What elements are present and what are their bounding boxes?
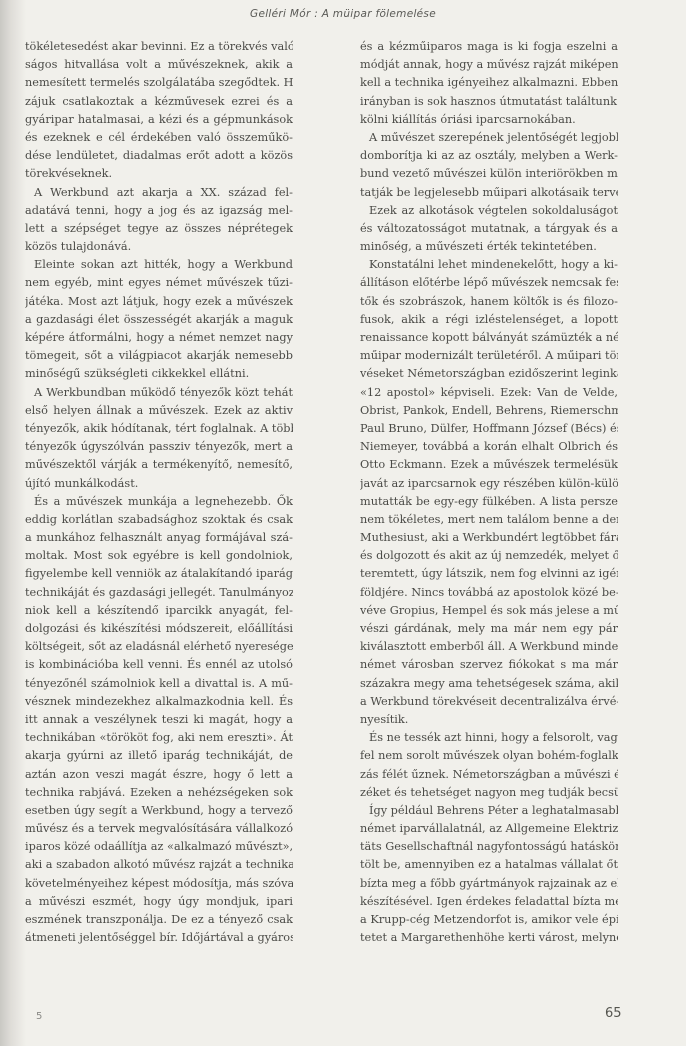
text-line: adatává tenni, hogy a jog és az igazság … [25,202,293,220]
text-line: művész és a tervek megvalósítására válla… [25,820,293,838]
text-line: tényezők, akik hódítanak, tért foglalnak… [25,420,293,438]
text-line: a művészi eszmét, hogy úgy mondjuk, ipar… [25,893,293,911]
text-line: aztán azon veszi magát észre, hogy ő let… [25,766,293,784]
text-line: tömegeit, sőt a világpiacot akarják neme… [25,347,293,365]
text-line: gyáripar hatalmasai, a kézi és a gépmunk… [25,111,293,129]
text-line: A Werkbund azt akarja a XX. század fel- [25,184,293,202]
text-line: vésznek mindezekhez alkalmazkodnia kell.… [25,693,293,711]
text-line: mutatták be egy-egy fülkében. A lista pe… [360,493,618,511]
text-line: Így például Behrens Péter a leghatalmasa… [360,802,618,820]
text-line: költségeit, sőt az eladásnál elérhető ny… [25,638,293,656]
text-line: közös tulajdonává. [25,238,293,256]
text-line: véve Gropius, Hempel és sok más jelese a… [360,602,618,620]
text-line: Obrist, Pankok, Endell, Behrens, Riemers… [360,402,618,420]
text-line: készítésével. Igen érdekes feladattal bí… [360,893,618,911]
text-line: a gazdasági élet összességét akarják a m… [25,311,293,329]
text-line: niok kell a készítendő iparcikk anyagát,… [25,602,293,620]
text-line: Paul Bruno, Dülfer, Hoffmann József (Béc… [360,420,618,438]
text-line: nem tökéletes, mert nem találom benne a … [360,511,618,529]
text-line: akarja gyúrni az illető iparág technikáj… [25,747,293,765]
text-line: fel nem sorolt művészek olyan bohém-fogl… [360,747,618,765]
text-line: technikáját és gazdasági jellegét. Tanul… [25,584,293,602]
text-line: első helyen állnak a művészek. Ezek az a… [25,402,293,420]
text-line: vészi gárdának, mely ma már nem egy pár [360,620,618,638]
text-line: «12 apostol» képviseli. Ezek: Van de Vel… [360,384,618,402]
signature-mark: 5 [36,1011,42,1022]
text-line: földjére. Nincs továbbá az apostolok köz… [360,584,618,602]
text-line: és változatosságot mutatnak, a tárgyak é… [360,220,618,238]
text-line: lett a szépséget tegye az összes népréte… [25,220,293,238]
text-line: újító munkálkodást. [25,475,293,493]
text-line: dolgozási és kikészítési módszereit, elő… [25,620,293,638]
text-line: tetet a Margarethenhöhe kerti várost, me… [360,929,618,947]
text-line: német városban szervez fiókokat s ma már [360,656,618,674]
text-line: nyesítik. [360,711,618,729]
text-line: a munkához felhasznált anyag formájával … [25,529,293,547]
text-line: tölt be, amennyiben ez a hatalmas vállal… [360,856,618,874]
page-gutter-shadow [0,0,26,1046]
text-line: tők és szobrászok, hanem költők is és fi… [360,293,618,311]
text-line: kölni kiállítás óriási iparcsarnokában. [360,111,618,129]
text-line: iparos közé odaállítja az «alkalmazó műv… [25,838,293,856]
text-line: művészektől várják a termékenyítő, nemes… [25,456,293,474]
text-line: tényezőnél számolniok kell a divattal is… [25,675,293,693]
text-line: eszmének transzponálja. De ez a tényező … [25,911,293,929]
text-line: A Werkbundban működő tényezők közt tehát [25,384,293,402]
text-line: ságos hitvallása volt a művészeknek, aki… [25,56,293,74]
right-column: és a kézműiparos maga is ki fogja eszeln… [360,38,618,947]
text-line: állításon előtérbe lépő művészek nemcsak… [360,274,618,292]
text-line: tökéletesedést akar bevinni. Ez a törekv… [25,38,293,56]
text-line: Otto Eckmann. Ezek a művészek termelésük [360,456,618,474]
text-line: A művészet szerepének jelentőségét legjo… [360,129,618,147]
text-line: tényezők úgyszólván passziv tényezők, me… [25,438,293,456]
text-line: És a művészek munkája a legnehezebb. Ők [25,493,293,511]
text-line: a Werkbund törekvéseit decentralizálva é… [360,693,618,711]
text-line: kiválasztott emberből áll. A Werkbund mi… [360,638,618,656]
text-line: javát az iparcsarnok egy részében külön-… [360,475,618,493]
text-line: százakra megy ama tehetségesek száma, ak… [360,675,618,693]
page-number: 65 [605,1006,622,1021]
text-line: nem egyéb, mint egyes német művészek tűz… [25,274,293,292]
text-line: és ezeknek e cél érdekében való összeműk… [25,129,293,147]
text-line: és dolgozott és akit az új nemzedék, mel… [360,547,618,565]
text-line: kell a technika igényeihez alkalmazni. E… [360,74,618,92]
text-line: nemesített termelés szolgálatába szegődt… [25,74,293,92]
text-line: bund vezető művészei külön interiörökben… [360,165,618,183]
text-line: és a kézműiparos maga is ki fogja eszeln… [360,38,618,56]
text-line: fusok, akik a régi izléstelenséget, a lo… [360,311,618,329]
text-line: technika rabjává. Ezeken a nehézségeken … [25,784,293,802]
text-line: zájuk csatlakoztak a kézművesek ezrei és… [25,93,293,111]
text-line: tatják be legjelesebb műipari alkotásaik… [360,184,618,202]
text-line: technikában «törököt fog, aki nem ereszt… [25,729,293,747]
text-line: német iparvállalatnál, az Allgemeine Ele… [360,820,618,838]
text-line: esetben úgy segít a Werkbund, hogy a ter… [25,802,293,820]
text-line: követelményeihez képest módosítja, más s… [25,875,293,893]
text-line: bízta meg a főbb gyártmányok rajzainak a… [360,875,618,893]
text-line: moltak. Most sok egyébre is kell gondoln… [25,547,293,565]
text-line: zéket és tehetséget nagyon meg tudják be… [360,784,618,802]
text-line: irányban is sok hasznos útmutatást talál… [360,93,618,111]
text-line: Ezek az alkotások végtelen sokoldaluságo… [360,202,618,220]
text-line: törekvéseknek. [25,165,293,183]
text-line: játéka. Most azt látjuk, hogy ezek a műv… [25,293,293,311]
text-line: Niemeyer, továbbá a korán elhalt Olbrich… [360,438,618,456]
text-line: minőség, a művészeti érték tekintetében. [360,238,618,256]
text-line: Muthesiust, aki a Werkbundért legtöbbet … [360,529,618,547]
left-column: tökéletesedést akar bevinni. Ez a törekv… [25,38,293,947]
text-line: dése lendületet, diadalmas erőt adott a … [25,147,293,165]
text-line: domborítja ki az az osztály, melyben a W… [360,147,618,165]
text-line: módját annak, hogy a művész rajzát mikép… [360,56,618,74]
text-line: És ne tessék azt hinni, hogy a felsorolt… [360,729,618,747]
text-line: täts Gesellschaftnál nagyfontosságú hatá… [360,838,618,856]
text-line: minőségű szükségleti cikkekkel ellátni. [25,365,293,383]
text-line: képére átformálni, hogy a német nemzet n… [25,329,293,347]
text-line: zás félét űznek. Németországban a művész… [360,766,618,784]
text-line: itt annak a veszélynek teszi ki magát, h… [25,711,293,729]
text-line: véseket Németországban ezidőszerint legi… [360,365,618,383]
running-head: Gelléri Mór : A müipar fölemelése [0,8,686,20]
text-line: műipar modernizált területéről. A műipar… [360,347,618,365]
text-line: figyelembe kell venniök az átalakítandó … [25,565,293,583]
text-line: aki a szabadon alkotó művész rajzát a te… [25,856,293,874]
text-line: átmeneti jelentőséggel bír. Időjártával … [25,929,293,947]
text-line: teremtett, úgy látszik, nem fog elvinni … [360,565,618,583]
text-line: a Krupp-cég Metzendorfot is, amikor vele… [360,911,618,929]
text-line: Konstatálni lehet mindenekelőtt, hogy a … [360,256,618,274]
text-line: Eleinte sokan azt hitték, hogy a Werkbun… [25,256,293,274]
text-line: renaissance kopott bálványát számüzték a… [360,329,618,347]
text-line: is kombinációba kell venni. És ennél az … [25,656,293,674]
text-line: eddig korlátlan szabadsághoz szoktak és … [25,511,293,529]
